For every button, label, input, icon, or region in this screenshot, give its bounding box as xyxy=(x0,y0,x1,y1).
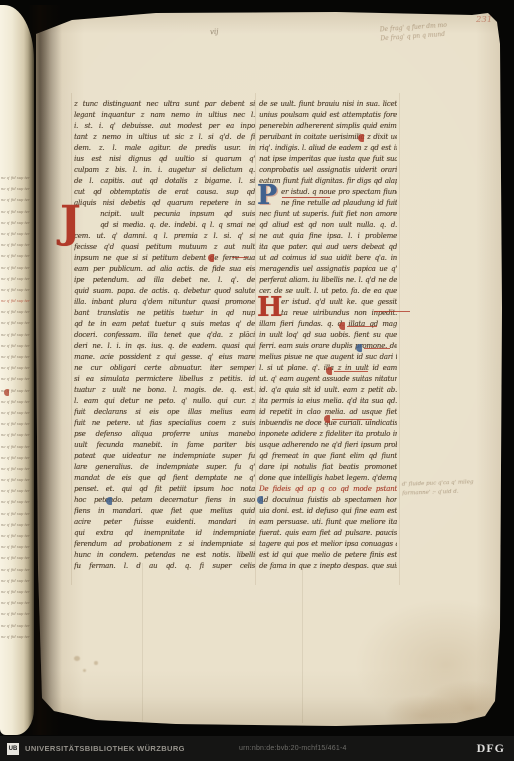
paragraph-mark-blue xyxy=(257,496,263,504)
facing-page-text-line: ne q' fid sup ter qua min fid sup ter qu… xyxy=(1,497,31,508)
manuscript-text-line: lare generalius. de indempniate super. f… xyxy=(74,462,255,473)
facing-page-edge: ne q' fid sup ter qua min fid sup ter qu… xyxy=(0,5,34,735)
manuscript-text-line: qd fremeat in que fiant elim qd fiunt xyxy=(259,451,397,462)
manuscript-text-line: illa. inbant plura q'dem nituntur quasi … xyxy=(74,297,255,308)
manuscript-text-line: ncipit. uult pecunia inpsum qd suis xyxy=(74,209,255,220)
facing-page-text-line: ne q' fid sup ter qua min fid sup ter qu… xyxy=(1,296,31,307)
manuscript-text-line: Ad docuinua fuistis ab spectamen hor xyxy=(259,495,397,506)
ink-spot xyxy=(83,669,86,672)
quire-mark: vij xyxy=(210,28,219,37)
manuscript-text-line: riq'. indigis. l. aliud de eadem z qd es… xyxy=(259,143,397,154)
manuscript-text-line: pateat que uideatur ne indempniate super… xyxy=(74,451,255,462)
manuscript-text-line: fuit declarans si eis ope illas melius e… xyxy=(74,407,255,418)
manuscript-text-line: ne fine retulle ad plaudung id fuit ea xyxy=(259,198,397,209)
ruling-line xyxy=(71,93,72,585)
facing-page-text-line: ne q' fid sup ter qua min fid sup ter qu… xyxy=(1,609,31,620)
facing-page-text-line: ne q' fid sup ter qua min fid sup ter qu… xyxy=(1,430,31,441)
manuscript-text-line: meragendis uel assignatis papica ue q' xyxy=(259,264,397,275)
facing-page-text-line: ne q' fid sup ter qua min fid sup ter qu… xyxy=(1,184,31,195)
manuscript-text-line: qd si media. q. de. indebi. q l. q smai … xyxy=(74,220,255,231)
manuscript-text-line: tuatur z uult ne bona. l. magis. de. q. … xyxy=(74,385,255,396)
manuscript-text-line: z tunc distinguant nec ultra sunt par de… xyxy=(74,99,255,110)
margin-dash-red xyxy=(334,371,368,372)
paragraph-mark-blue xyxy=(356,344,362,352)
facing-page-text-line: ne q' fid sup ter qua min fid sup ter qu… xyxy=(1,408,31,419)
facing-page-text-line: ne q' fid sup ter qua min fid sup ter qu… xyxy=(1,442,31,453)
facing-page-text-line: ne q' fid sup ter qua min fid sup ter qu… xyxy=(1,576,31,587)
manuscript-text-line: qui extra qd inempnitate id indempniate xyxy=(74,528,255,539)
facing-page-text-line: ne q' fid sup ter qua min fid sup ter qu… xyxy=(1,397,31,408)
facing-page-text-line: ne q' fid sup ter qua min fid sup ter qu… xyxy=(1,509,31,520)
facing-page-text-line: ne q' fid sup ter qua min fid sup ter qu… xyxy=(1,263,31,274)
initial-p-blue: P xyxy=(257,185,277,207)
manuscript-text-line: penset. et. qui qd fit petiit ipsum hoc … xyxy=(74,484,255,495)
margin-note: d' fluide puc q'ca q' mileg formanne' :-… xyxy=(402,477,503,497)
manuscript-text-line: melius pisue ne que augent id suc dari t xyxy=(259,352,397,363)
crease-line xyxy=(302,563,303,723)
margin-dash-red xyxy=(374,311,410,312)
manuscript-text-line: legant inquantur z nam nemo in ultius ne… xyxy=(74,110,255,121)
paragraph-mark-blue xyxy=(106,497,112,505)
manuscript-text-line: eam per publicum. ad alia actis. de fide… xyxy=(74,264,255,275)
facing-page-text-line: ne q' fid sup ter qua min fid sup ter qu… xyxy=(1,374,31,385)
manuscript-text-line: culpam z bis. l. in. i. augetur si delic… xyxy=(74,165,255,176)
facing-page-text-line: ne q' fid sup ter qua min fid sup ter qu… xyxy=(1,207,31,218)
manuscript-text-line: hoc petendo. petam decernatur fiens in s… xyxy=(74,495,255,506)
facing-page-text-line: ne q' fid sup ter qua min fid sup ter qu… xyxy=(1,520,31,531)
manuscript-text-line: ut. q' eam augent assuade suitas nitatur xyxy=(259,374,397,385)
manuscript-text-line: ferendum ad probationem z si indempniate… xyxy=(74,539,255,550)
manuscript-text-line: cem. ut. q' damni. q l. premia z l. si. … xyxy=(74,231,255,242)
margin-dash-red xyxy=(232,257,248,258)
manuscript-text-line: mane. acie possident z qui gesse. q' eiu… xyxy=(74,352,255,363)
facing-page-text-line: ne q' fid sup ter qua min fid sup ter qu… xyxy=(1,621,31,632)
manuscript-text-line: ne aut quia fine ipsa. l. i probleme xyxy=(259,231,397,242)
facing-page-text-line: ne q' fid sup ter qua min fid sup ter qu… xyxy=(1,464,31,475)
initial-j-red: J xyxy=(60,205,81,241)
manuscript-text-line: cut qd obtemptatis de erat causa. sup qd xyxy=(74,187,255,198)
paragraph-mark-red xyxy=(358,134,364,142)
manuscript-text-line: conprobatis uel assignatis uiderit orari xyxy=(259,165,397,176)
margin-dash-red xyxy=(332,419,372,420)
facing-page-text-line: ne q' fid sup ter qua min fid sup ter qu… xyxy=(1,598,31,609)
margin-dash-red xyxy=(347,326,377,327)
facing-page-text-line: ne q' fid sup ter qua min fid sup ter qu… xyxy=(1,195,31,206)
manuscript-text-line: de fama in que z inepto despas. que suis xyxy=(259,561,397,572)
manuscript-text-line: de se uult. fiunt brauiu nisi in sua. li… xyxy=(259,99,397,110)
manuscript-text-line: qd aliud est qd non uult nulla. q. d. xyxy=(259,220,397,231)
facing-page-text-line: ne q' fid sup ter qua min fid sup ter qu… xyxy=(1,531,31,542)
crease-line xyxy=(142,563,143,721)
facing-page-text-line: ne q' fid sup ter qua min fid sup ter qu… xyxy=(1,330,31,341)
manuscript-text-line: nec fiunt ut superis. fuit fiet non amor… xyxy=(259,209,397,220)
ink-spot xyxy=(94,661,98,665)
manuscript-text-line: fecisse q'd quasi petitum mutuum z aut n… xyxy=(74,242,255,253)
paragraph-mark-red xyxy=(208,254,214,262)
facing-page-text-line: ne q' fid sup ter qua min fid sup ter qu… xyxy=(1,486,31,497)
library-name: UNIVERSITÄTSBIBLIOTHEK WÜRZBURG xyxy=(25,744,185,753)
manuscript-text-line: nat ipse imperitas que iusta que fuit su… xyxy=(259,154,397,165)
folio-number: 231 xyxy=(476,15,492,25)
facing-page-text-line: ne q' fid sup ter qua min fid sup ter qu… xyxy=(1,542,31,553)
manuscript-text-line: inpsum ne que si si petitum debent de fe… xyxy=(74,253,255,264)
manuscript-text-line: quid suam. papa. de actis. q. debetur qu… xyxy=(74,286,255,297)
initial-h-red: H xyxy=(257,297,283,319)
facing-page-text-line: ne q' fid sup ter qua min fid sup ter qu… xyxy=(1,553,31,564)
manuscript-text-line: penerebin adhererent simplis quid enim s… xyxy=(259,121,397,132)
manuscript-text-line: deri ne. l. i. in qs. ius. q. de eadem. … xyxy=(74,341,255,352)
manuscript-text-line: est id qui que melio de petere finis est xyxy=(259,550,397,561)
manuscript-text-line: unius poulsam quid est attemptatis fore xyxy=(259,110,397,121)
manuscript-text-line: eatum fiunt fuit dignitas. fir digs qd a… xyxy=(259,176,397,187)
manuscript-text-line: fuerat. quis eam fiet ad pulsare. paucis xyxy=(259,528,397,539)
facing-page-paragraph-mark xyxy=(4,389,9,396)
margin-dash-red xyxy=(364,348,390,349)
facing-page-text-line: ne q' fid sup ter qua min fid sup ter qu… xyxy=(1,274,31,285)
manuscript-text-line: perferat aliam. iu libellis ne. l. q'd n… xyxy=(259,275,397,286)
manuscript-text-line: dem. z. l. male agitur. de predis usur. … xyxy=(74,143,255,154)
scan-footer-bar: UB UNIVERSITÄTSBIBLIOTHEK WÜRZBURG urn:n… xyxy=(0,736,514,761)
manuscript-text-line: qd te in eam petat tuetur q suis metas q… xyxy=(74,319,255,330)
manuscript-text-line: fuit ne petere. ut fias specialius coem … xyxy=(74,418,255,429)
manuscript-text-line: pse defenso aliqua proferre unius manebo xyxy=(74,429,255,440)
text-column-left: z tunc distinguant nec ultra sunt par de… xyxy=(74,99,255,572)
manuscript-text-line: i. st. i. q' debuisse. aut modest per ea… xyxy=(74,121,255,132)
manuscript-text-line: ita que pater. qui aud uers debeat qd xyxy=(259,242,397,253)
ink-spot xyxy=(74,656,80,661)
facing-page-text: ne q' fid sup ter qua min fid sup ter qu… xyxy=(1,173,31,643)
facing-page-text-line: ne q' fid sup ter qua min fid sup ter qu… xyxy=(1,565,31,576)
paragraph-mark-red xyxy=(339,322,345,330)
manuscript-text-line: ferri. eam suis orare duplis promone. de xyxy=(259,341,397,352)
manuscript-text-line: peruibant in coitate uerisimilia z dixit… xyxy=(259,132,397,143)
facing-page-text-line: ne q' fid sup ter qua min fid sup ter qu… xyxy=(1,285,31,296)
facing-page-text-line: ne q' fid sup ter qua min fid sup ter qu… xyxy=(1,453,31,464)
ruling-line xyxy=(255,93,256,585)
manuscript-text-line: id. q'a quia sit id uult. eam z petit ab… xyxy=(259,385,397,396)
manuscript-text-line: fu ferman. l. d au qd. q. fi super celis xyxy=(74,561,255,572)
facing-page-text-line: ne q' fid sup ter qua min fid sup ter qu… xyxy=(1,475,31,486)
facing-page-text-line: ne q' fid sup ter qua min fid sup ter qu… xyxy=(1,218,31,229)
manuscript-text-line: in uult loq' qd sua uobis. fient su que xyxy=(259,330,397,341)
facing-page-text-line: ne q' fid sup ter qua min fid sup ter qu… xyxy=(1,632,31,643)
library-logo: UB xyxy=(7,743,19,755)
manuscript-text-line: doceri. confessam. illa tenet que q'da. … xyxy=(74,330,255,341)
facing-page-text-line: ne q' fid sup ter qua min fid sup ter qu… xyxy=(1,240,31,251)
manuscript-text-line: l. eam qui detur ne peto. q' nullo. qui … xyxy=(74,396,255,407)
facing-page-text-line: ne q' fid sup ter qua min fid sup ter qu… xyxy=(1,352,31,363)
manuscript-text-line: tagere qui pos et melior ipsa conuagas a… xyxy=(259,539,397,550)
manuscript-text-line: inponete adidere z fideliter ita protulo… xyxy=(259,429,397,440)
manuscript-text-line: ne cur obligari certe abnuatur. iter sem… xyxy=(74,363,255,374)
manuscript-text-line: uult fecunda manebit. in fame pariter bi… xyxy=(74,440,255,451)
manuscript-text-line: ius est nisi dignus qd uultio si quarum … xyxy=(74,154,255,165)
manuscript-text-line: acire peter fuisse euidenti. mandari in xyxy=(74,517,255,528)
rubric-line: De fideis qd ap q co qd mode pstant xyxy=(259,484,397,495)
facing-page-text-line: ne q' fid sup ter qua min fid sup ter qu… xyxy=(1,419,31,430)
manuscript-page: vij De frag' q fuer dm mo De frag' q pn … xyxy=(36,8,502,730)
manuscript-text-line: uia doni. est. id defuso qui fine eam es… xyxy=(259,506,397,517)
manuscript-text-line: ita permis ia eius melia. q'd ita sua qd… xyxy=(259,396,397,407)
manuscript-text-line: dare ipi notulis fiat beatis promonet xyxy=(259,462,397,473)
scan-backdrop: ne q' fid sup ter qua min fid sup ter qu… xyxy=(0,0,514,761)
manuscript-text-line: done que intelligis habet legem. q'demq' xyxy=(259,473,397,484)
facing-page-text-line: ne q' fid sup ter qua min fid sup ter qu… xyxy=(1,307,31,318)
paragraph-mark-red xyxy=(324,415,330,423)
manuscript-text-line: si ea simulata permictere libellus z pet… xyxy=(74,374,255,385)
manuscript-text-line: ut ad coimus id sua uidit bere q'a. in xyxy=(259,253,397,264)
manuscript-text-line: eam persuase. uti. fiunt que meliore ita xyxy=(259,517,397,528)
facing-page-text-line: ne q' fid sup ter qua min fid sup ter qu… xyxy=(1,341,31,352)
facing-page-text-line: ne q' fid sup ter qua min fid sup ter qu… xyxy=(1,587,31,598)
manuscript-text-line: hunc in condem. petendas ne est notis. l… xyxy=(74,550,255,561)
manuscript-text-line: de l. capitis. aut qd dotalis z bigame. … xyxy=(74,176,255,187)
dfg-logo: DFG xyxy=(477,741,505,756)
rubric-underline-red xyxy=(282,197,330,198)
manuscript-text-line: ipe petendum. ad illa debet ne. l. q'. d… xyxy=(74,275,255,286)
manuscript-text-line: tant z nemo in ultius ut sic z l. si q'd… xyxy=(74,132,255,143)
facing-page-text-line: ne q' fid sup ter qua min fid sup ter qu… xyxy=(1,173,31,184)
manuscript-text-line: aliquis nisi debetis qd quarum repetere … xyxy=(74,198,255,209)
manuscript-text-line: usque adherendo ne q'd fieri ipsum probe… xyxy=(259,440,397,451)
paragraph-mark-red xyxy=(326,367,332,375)
document-urn: urn:nbn:de:bvb:20-mchf15/461-4 xyxy=(239,745,347,752)
manuscript-text-line: bant translatis ne petitis tuetur in qd … xyxy=(74,308,255,319)
manuscript-text-line: mandat de eis que qd fient demptate ne q… xyxy=(74,473,255,484)
text-column-right: de se uult. fiunt brauiu nisi in sua. li… xyxy=(259,99,397,572)
facing-page-text-line: ne q' fid sup ter qua min fid sup ter qu… xyxy=(1,318,31,329)
ruling-line xyxy=(399,93,400,585)
facing-page-text-line: ne q' fid sup ter qua min fid sup ter qu… xyxy=(1,251,31,262)
manuscript-text-line: fiens in mandari. que fiet que melius qu… xyxy=(74,506,255,517)
facing-page-text-line: ne q' fid sup ter qua min fid sup ter qu… xyxy=(1,363,31,374)
facing-page-text-line: ne q' fid sup ter qua min fid sup ter qu… xyxy=(1,229,31,240)
